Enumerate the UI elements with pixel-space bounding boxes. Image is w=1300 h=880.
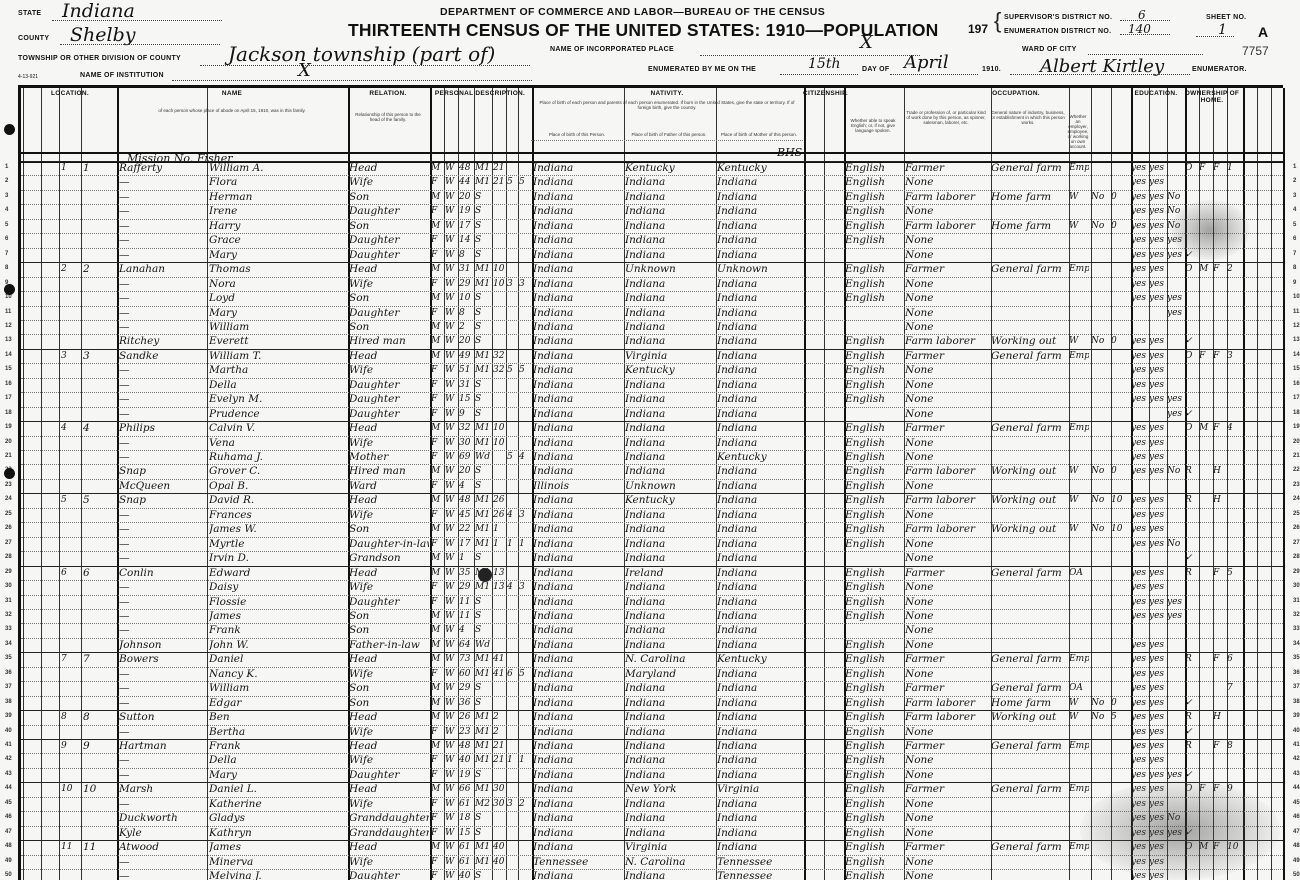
cell-given: Minerva: [209, 855, 347, 869]
water-stain: [1080, 780, 1280, 880]
cell-trade: Farmer: [905, 681, 989, 695]
cell-pob: Indiana: [533, 638, 623, 652]
cell-age: 36: [459, 696, 473, 710]
table-row: 2525—FrancesWifeFW45M12643IndianaIndiana…: [21, 508, 1283, 522]
row-number: 3: [5, 193, 8, 199]
cell-surname: —: [119, 450, 207, 464]
cell-lang: English: [845, 479, 903, 493]
row-number-right: 32: [1293, 612, 1300, 618]
cell-lang: English: [845, 363, 903, 377]
cell-age: 48: [459, 161, 473, 175]
cell-rel: Son: [349, 320, 429, 334]
cell-sched: 6: [1227, 652, 1241, 666]
cell-age: 31: [459, 378, 473, 392]
cell-pob: Indiana: [533, 262, 623, 276]
cell-sch: yes: [1167, 595, 1183, 609]
table-row: 3333—FrankSonMW4SIndianaIndianaIndianaNo…: [21, 623, 1283, 637]
cell-trade: Farm laborer: [905, 696, 989, 710]
table-row: 4949—MinervaWifeFW61M140TennesseeN. Caro…: [21, 855, 1283, 869]
cell-own: R: [1185, 710, 1197, 724]
name-description: of each person whose place of abode on A…: [127, 108, 337, 113]
cell-write: yes: [1149, 508, 1165, 522]
cell-write: yes: [1149, 681, 1165, 695]
supervisor-label: Supervisor's District No.: [1004, 14, 1112, 21]
cell-lang: English: [845, 493, 903, 507]
cell-rel: Head: [349, 349, 429, 363]
cell-given: Vena: [209, 436, 347, 450]
cell-surname: —: [119, 277, 207, 291]
cell-rel: Daughter: [349, 306, 429, 320]
cell-ms: M1: [475, 262, 491, 276]
cell-sched: 7: [1227, 681, 1241, 695]
cell-living: 4: [519, 450, 529, 464]
cell-dw: 7: [61, 652, 81, 666]
cell-pob: Indiana: [533, 710, 623, 724]
cell-pob: Indiana: [533, 522, 623, 536]
cell-trade: Farm laborer: [905, 334, 989, 348]
cell-yrs: 21: [493, 175, 505, 189]
cell-trade: None: [905, 277, 989, 291]
cell-ms: S: [475, 204, 491, 218]
row-number: 7: [5, 251, 8, 257]
cell-lang: English: [845, 580, 903, 594]
township-value: Jackson township (part of): [228, 42, 495, 66]
cell-fpob: Unknown: [625, 479, 715, 493]
cell-write: yes: [1149, 161, 1165, 175]
row-number: 14: [5, 352, 12, 358]
row-number: 32: [5, 612, 12, 618]
row-number: 50: [5, 872, 12, 878]
cell-fpob: Indiana: [625, 306, 715, 320]
cell-lang: English: [845, 667, 903, 681]
cell-surname: —: [119, 681, 207, 695]
cell-ms: S: [475, 378, 491, 392]
row-number: 30: [5, 583, 12, 589]
cell-surname: —: [119, 175, 207, 189]
cell-fpob: Indiana: [625, 797, 715, 811]
cell-rel: Mother: [349, 450, 429, 464]
cell-emp: W: [1069, 710, 1089, 724]
cell-surname: McQueen: [119, 479, 207, 493]
cell-lang: English: [845, 175, 903, 189]
cell-race: W: [445, 334, 457, 348]
cell-age: 44: [459, 175, 473, 189]
cell-fam: 6: [83, 566, 117, 580]
cell-mpob: Indiana: [717, 291, 803, 305]
table-row: 3636—Nancy K.WifeFW60M14165IndianaMaryla…: [21, 667, 1283, 681]
cell-fpob: Indiana: [625, 175, 715, 189]
cell-age: 20: [459, 334, 473, 348]
row-number: 27: [5, 540, 12, 546]
row-number: 25: [5, 511, 12, 517]
cell-write: yes: [1149, 725, 1165, 739]
cell-age: 15: [459, 392, 473, 406]
cell-surname: Johnson: [119, 638, 207, 652]
cell-given: Nancy K.: [209, 667, 347, 681]
cell-given: Ruhama J.: [209, 450, 347, 464]
cell-fpob: Indiana: [625, 595, 715, 609]
cell-pob: Illinois: [533, 479, 623, 493]
cell-read: yes: [1131, 421, 1147, 435]
state-underline: [52, 20, 222, 21]
cell-race: W: [445, 436, 457, 450]
table-row: 141433SandkeWilliam T.HeadMW49M132Indian…: [21, 349, 1283, 363]
cell-rel: Son: [349, 681, 429, 695]
cell-ms: S: [475, 681, 491, 695]
cell-age: 48: [459, 493, 473, 507]
cell-pob: Indiana: [533, 797, 623, 811]
cell-mpob: Tennessee: [717, 855, 803, 869]
cell-emp: Emp: [1069, 421, 1089, 435]
cell-given: Myrtle: [209, 537, 347, 551]
cell-trade: Farm laborer: [905, 522, 989, 536]
cell-mpob: Indiana: [717, 566, 803, 580]
cell-age: 4: [459, 479, 473, 493]
cell-age: 20: [459, 464, 473, 478]
cell-ind: Working out: [991, 464, 1067, 478]
cell-race: W: [445, 681, 457, 695]
cell-oow: No: [1091, 219, 1109, 233]
cell-wks: 0: [1111, 696, 1129, 710]
row-number: 40: [5, 728, 12, 734]
cell-lang: English: [845, 739, 903, 753]
cell-ms: S: [475, 320, 491, 334]
cell-fpob: Indiana: [625, 580, 715, 594]
row-number-right: 3: [1293, 193, 1296, 199]
cell-race: W: [445, 262, 457, 276]
cell-rel: Son: [349, 291, 429, 305]
cell-race: W: [445, 277, 457, 291]
cell-fpob: Indiana: [625, 609, 715, 623]
cell-mpob: Indiana: [717, 725, 803, 739]
cell-mpob: Indiana: [717, 277, 803, 291]
cell-fpob: Indiana: [625, 768, 715, 782]
cell-surname: Atwood: [119, 840, 207, 854]
row-number-right: 20: [1293, 439, 1300, 445]
cell-pob: Indiana: [533, 580, 623, 594]
cell-surname: Ritchey: [119, 334, 207, 348]
cell-age: 9: [459, 407, 473, 421]
cell-surname: —: [119, 306, 207, 320]
cell-race: W: [445, 638, 457, 652]
table-row: 1313RitcheyEverettHired manMW20SIndianaI…: [21, 334, 1283, 348]
cell-ms: S: [475, 190, 491, 204]
table-row: 414199HartmanFrankHeadMW48M121IndianaInd…: [21, 739, 1283, 753]
cell-own: R: [1185, 739, 1197, 753]
cell-ms: M1: [475, 710, 491, 724]
cell-fpob: Indiana: [625, 392, 715, 406]
cell-pob: Indiana: [533, 696, 623, 710]
cell-mpob: Indiana: [717, 378, 803, 392]
cell-trade: None: [905, 551, 989, 565]
cell-fam: 9: [83, 739, 117, 753]
cell-given: Calvin V.: [209, 421, 347, 435]
cell-born: 1: [507, 753, 517, 767]
cell-trade: None: [905, 638, 989, 652]
cell-given: Ben: [209, 710, 347, 724]
cell-given: Mary: [209, 248, 347, 262]
cell-fpob: Indiana: [625, 436, 715, 450]
cell-write: yes: [1149, 710, 1165, 724]
cell-ms: M1: [475, 652, 491, 666]
cell-surname: Lanahan: [119, 262, 207, 276]
cell-write: yes: [1149, 753, 1165, 767]
cell-fam: 4: [83, 421, 117, 435]
cell-pob: Indiana: [533, 219, 623, 233]
row-number: 2: [5, 178, 8, 184]
cell-yrs: 2: [493, 710, 505, 724]
cell-pob: Indiana: [533, 725, 623, 739]
row-number: 11: [5, 309, 11, 315]
cell-race: W: [445, 797, 457, 811]
cell-pob: Indiana: [533, 508, 623, 522]
cell-write: yes: [1149, 349, 1165, 363]
row-number: 21: [5, 453, 12, 459]
cell-fpob: Indiana: [625, 204, 715, 218]
cell-lang: English: [845, 421, 903, 435]
cell-surname: —: [119, 219, 207, 233]
cell-rel: Ward: [349, 479, 429, 493]
ward-label: Ward of city: [1022, 46, 1077, 53]
cell-pob: Indiana: [533, 378, 623, 392]
cell-age: 61: [459, 840, 473, 854]
cell-mpob: Indiana: [717, 392, 803, 406]
census-table: LOCATION.NAMERELATION.PERSONAL DESCRIPTI…: [18, 85, 1283, 880]
cell-read: yes: [1131, 522, 1147, 536]
cell-sex: F: [431, 175, 443, 189]
cell-pob: Indiana: [533, 537, 623, 551]
cell-emp: OA: [1069, 566, 1089, 580]
row-number: 17: [5, 395, 12, 401]
cell-age: 29: [459, 580, 473, 594]
cell-yrs: 30: [493, 782, 505, 796]
cell-pob: Indiana: [533, 233, 623, 247]
cell-given: Della: [209, 378, 347, 392]
cell-race: W: [445, 710, 457, 724]
cell-pob: Indiana: [533, 566, 623, 580]
cell-trade: Farmer: [905, 421, 989, 435]
cell-mpob: Indiana: [717, 522, 803, 536]
cell-fpob: Indiana: [625, 725, 715, 739]
cell-mpob: Indiana: [717, 623, 803, 637]
cell-fpob: Indiana: [625, 334, 715, 348]
cell-yrs: 40: [493, 855, 505, 869]
cell-dw: 3: [61, 349, 81, 363]
cell-trade: None: [905, 580, 989, 594]
row-number-right: 22: [1293, 467, 1300, 473]
cell-pob: Indiana: [533, 493, 623, 507]
cell-rel: Daughter: [349, 869, 429, 880]
cell-read: yes: [1131, 248, 1147, 262]
cell-lang: English: [845, 219, 903, 233]
table-row: 77—MaryDaughterFW8SIndianaIndianaIndiana…: [21, 248, 1283, 262]
header-personal-description: PERSONAL DESCRIPTION.: [429, 90, 531, 97]
cell-mpob: Indiana: [717, 334, 803, 348]
cell-given: John W.: [209, 638, 347, 652]
cell-surname: Sandke: [119, 349, 207, 363]
department-title: DEPARTMENT OF COMMERCE AND LABOR—BUREAU …: [440, 6, 825, 18]
cell-fam: 3: [83, 349, 117, 363]
cell-given: Prudence: [209, 407, 347, 421]
table-row: 393988SuttonBenHeadMW26M12IndianaIndiana…: [21, 710, 1283, 724]
cell-ind: Home farm: [991, 696, 1067, 710]
cell-pob: Indiana: [533, 349, 623, 363]
row-number-right: 21: [1293, 453, 1300, 459]
cell-ms: M1: [475, 493, 491, 507]
cell-race: W: [445, 291, 457, 305]
cell-trade: Farmer: [905, 652, 989, 666]
cell-sex: F: [431, 479, 443, 493]
cell-surname: Snap: [119, 464, 207, 478]
cell-surname: —: [119, 392, 207, 406]
cell-read: yes: [1131, 262, 1147, 276]
cell-race: W: [445, 479, 457, 493]
cell-read: yes: [1131, 566, 1147, 580]
cell-lang: English: [845, 291, 903, 305]
cell-sex: F: [431, 797, 443, 811]
cell-given: Frank: [209, 739, 347, 753]
cell-race: W: [445, 826, 457, 840]
cell-emp: OA: [1069, 681, 1089, 695]
cell-emp: W: [1069, 522, 1089, 536]
cell-race: W: [445, 782, 457, 796]
cell-write: yes: [1149, 652, 1165, 666]
punch-hole: [4, 124, 15, 135]
cell-sex: M: [431, 609, 443, 623]
cell-trade: Farmer: [905, 161, 989, 175]
cell-read: yes: [1131, 233, 1147, 247]
cell-sex: M: [431, 320, 443, 334]
cell-rel: Son: [349, 623, 429, 637]
cell-trade: Farm laborer: [905, 493, 989, 507]
cell-pob: Indiana: [533, 739, 623, 753]
cell-farm: F: [1213, 161, 1225, 175]
cell-ind: General farm: [991, 349, 1067, 363]
cell-age: 66: [459, 782, 473, 796]
cell-surname: Kyle: [119, 826, 207, 840]
cell-pob: Indiana: [533, 681, 623, 695]
cell-write: yes: [1149, 609, 1165, 623]
cell-given: Grace: [209, 233, 347, 247]
cell-surname: Duckworth: [119, 811, 207, 825]
cell-fpob: Kentucky: [625, 363, 715, 377]
cell-age: 51: [459, 363, 473, 377]
cell-own: ✓: [1185, 334, 1197, 348]
township-label: Township or other division of county: [18, 55, 181, 62]
cell-yrs: 21: [493, 161, 505, 175]
cell-mpob: Indiana: [717, 811, 803, 825]
cell-dw: 2: [61, 262, 81, 276]
row-number-right: 23: [1293, 482, 1300, 488]
cell-fam: 7: [83, 652, 117, 666]
cell-rel: Wife: [349, 436, 429, 450]
cell-surname: —: [119, 537, 207, 551]
cell-sex: F: [431, 725, 443, 739]
table-row: 66—GraceDaughterFW14SIndianaIndianaIndia…: [21, 233, 1283, 247]
cell-yrs: 32: [493, 363, 505, 377]
cell-yrs: 10: [493, 436, 505, 450]
cell-trade: None: [905, 667, 989, 681]
cell-born: 5: [507, 450, 517, 464]
cell-ms: M1: [475, 277, 491, 291]
row-number: 38: [5, 699, 12, 705]
cell-trade: None: [905, 291, 989, 305]
table-row: 3232—JamesSonMW11SIndianaIndianaIndianaE…: [21, 609, 1283, 623]
header-rule: [21, 152, 1283, 154]
cell-sex: M: [431, 219, 443, 233]
cell-write: yes: [1149, 392, 1165, 406]
cell-ms: S: [475, 392, 491, 406]
cell-trade: Farm laborer: [905, 710, 989, 724]
cell-emp: Emp: [1069, 262, 1089, 276]
row-number: 19: [5, 424, 12, 430]
cell-surname: —: [119, 551, 207, 565]
table-row: 2222SnapGrover C.Hired manMW20SIndianaIn…: [21, 464, 1283, 478]
form-code: 4-13-921: [18, 74, 38, 80]
cell-rel: Daughter: [349, 407, 429, 421]
cell-lang: English: [845, 392, 903, 406]
table-row: 1717—Evelyn M.DaughterFW15SIndianaIndian…: [21, 392, 1283, 406]
cell-lang: English: [845, 681, 903, 695]
cell-yrs: 32: [493, 349, 505, 363]
row-number: 6: [5, 236, 8, 242]
cell-mpob: Indiana: [717, 739, 803, 753]
cell-rel: Daughter: [349, 248, 429, 262]
cell-oow: No: [1091, 522, 1109, 536]
cell-fam: 2: [83, 262, 117, 276]
cell-lang: English: [845, 277, 903, 291]
cell-surname: Hartman: [119, 739, 207, 753]
cell-ms: M1: [475, 349, 491, 363]
row-number: 8: [5, 265, 8, 271]
row-number-right: 12: [1293, 323, 1300, 329]
cell-trade: None: [905, 363, 989, 377]
punch-hole: [4, 468, 15, 479]
cell-fam: 1: [83, 161, 117, 175]
cell-sex: M: [431, 681, 443, 695]
cell-lang: English: [845, 522, 903, 536]
table-row: 2626—James W.SonMW22M11IndianaIndianaInd…: [21, 522, 1283, 536]
trade-description: Trade or profession of, or particular ki…: [905, 110, 987, 125]
cell-surname: —: [119, 869, 207, 880]
cell-dw: 5: [61, 493, 81, 507]
cell-write: yes: [1149, 638, 1165, 652]
cell-given: Irene: [209, 204, 347, 218]
cell-sched: 4: [1227, 421, 1241, 435]
cell-oow: No: [1091, 493, 1109, 507]
row-number-right: 7: [1293, 251, 1296, 257]
table-row: 4242—DellaWifeFW40M12111IndianaIndianaIn…: [21, 753, 1283, 767]
row-number: 5: [5, 222, 8, 228]
cell-pob: Indiana: [533, 204, 623, 218]
cell-mpob: Indiana: [717, 407, 803, 421]
cell-age: 49: [459, 349, 473, 363]
row-number: 48: [5, 843, 12, 849]
cell-mpob: Indiana: [717, 508, 803, 522]
cell-lang: English: [845, 161, 903, 175]
cell-race: W: [445, 349, 457, 363]
cell-trade: None: [905, 537, 989, 551]
row-number: 12: [5, 323, 12, 329]
table-row: 44441010MarshDaniel L.HeadMW66M130Indian…: [21, 782, 1283, 796]
cell-own: R: [1185, 493, 1197, 507]
cell-write: yes: [1149, 219, 1165, 233]
cell-read: yes: [1131, 464, 1147, 478]
row-number-right: 2: [1293, 178, 1296, 184]
cell-trade: None: [905, 233, 989, 247]
cell-yrs: 40: [493, 840, 505, 854]
row-number: 42: [5, 756, 12, 762]
